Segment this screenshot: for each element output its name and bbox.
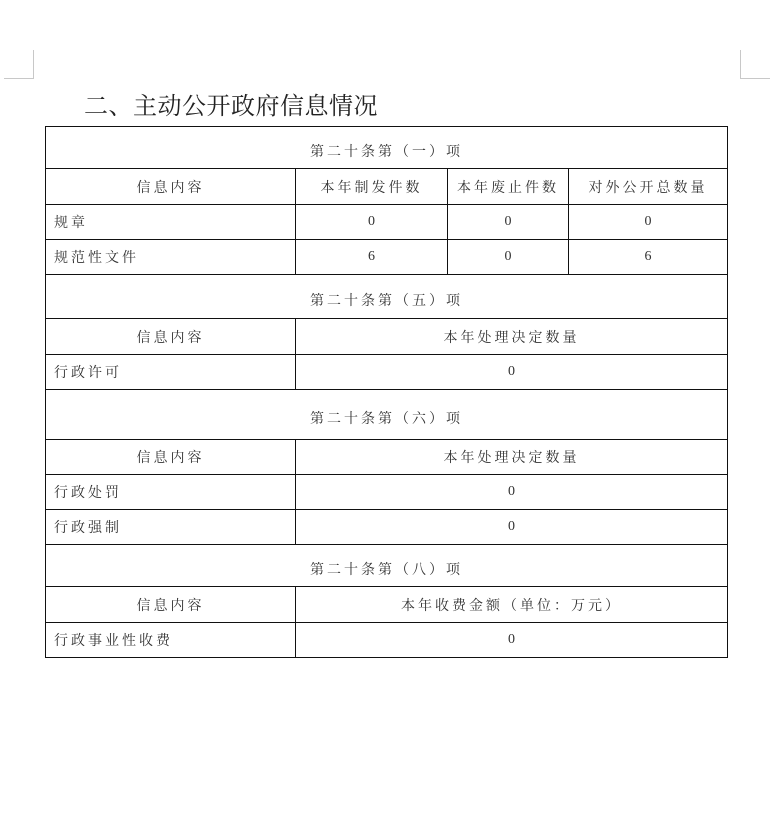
- column-header-abolished: 本年废止件数: [448, 169, 569, 205]
- column-header-decisions: 本年处理决定数量: [296, 319, 728, 355]
- column-header-decisions: 本年处理决定数量: [296, 440, 728, 475]
- row-label: 规范性文件: [46, 240, 296, 275]
- column-header-content: 信息内容: [46, 440, 296, 475]
- table-row: 行政事业性收费 0: [46, 623, 728, 658]
- cell-decisions: 0: [296, 475, 728, 510]
- article-heading: 第二十条第（八）项: [46, 545, 728, 587]
- article-heading: 第二十条第（六）项: [46, 390, 728, 440]
- column-header-content: 信息内容: [46, 169, 296, 205]
- table-row: 规章 0 0 0: [46, 205, 728, 240]
- article-row: 第二十条第（八）项: [46, 545, 728, 587]
- header-row: 信息内容 本年处理决定数量: [46, 319, 728, 355]
- table-row: 行政强制 0: [46, 510, 728, 545]
- column-header-content: 信息内容: [46, 587, 296, 623]
- column-header-issued: 本年制发件数: [296, 169, 448, 205]
- row-label: 行政许可: [46, 355, 296, 390]
- page-corner-mark-top-left: [4, 50, 34, 79]
- column-header-content: 信息内容: [46, 319, 296, 355]
- article-row: 第二十条第（六）项: [46, 390, 728, 440]
- cell-total-public: 6: [569, 240, 728, 275]
- cell-issued: 6: [296, 240, 448, 275]
- table-row: 规范性文件 6 0 6: [46, 240, 728, 275]
- table-row: 行政许可 0: [46, 355, 728, 390]
- cell-total-public: 0: [569, 205, 728, 240]
- section-title: 二、主动公开政府信息情况: [84, 90, 378, 122]
- cell-issued: 0: [296, 205, 448, 240]
- column-header-fee-amount: 本年收费金额（单位：万元）: [296, 587, 728, 623]
- article-row: 第二十条第（五）项: [46, 275, 728, 319]
- cell-fee-amount: 0: [296, 623, 728, 658]
- column-header-total-public: 对外公开总数量: [569, 169, 728, 205]
- header-row: 信息内容 本年制发件数 本年废止件数 对外公开总数量: [46, 169, 728, 205]
- row-label: 行政强制: [46, 510, 296, 545]
- article-row: 第二十条第（一）项: [46, 127, 728, 169]
- header-row: 信息内容 本年收费金额（单位：万元）: [46, 587, 728, 623]
- header-row: 信息内容 本年处理决定数量: [46, 440, 728, 475]
- table-row: 行政处罚 0: [46, 475, 728, 510]
- row-label: 行政事业性收费: [46, 623, 296, 658]
- row-label: 行政处罚: [46, 475, 296, 510]
- cell-decisions: 0: [296, 355, 728, 390]
- row-label: 规章: [46, 205, 296, 240]
- cell-decisions: 0: [296, 510, 728, 545]
- proactive-disclosure-table: 第二十条第（一）项 信息内容 本年制发件数 本年废止件数 对外公开总数量 规章 …: [45, 126, 728, 658]
- article-heading: 第二十条第（一）项: [46, 127, 728, 169]
- article-heading: 第二十条第（五）项: [46, 275, 728, 319]
- cell-abolished: 0: [448, 240, 569, 275]
- cell-abolished: 0: [448, 205, 569, 240]
- page-corner-mark-top-right: [740, 50, 770, 79]
